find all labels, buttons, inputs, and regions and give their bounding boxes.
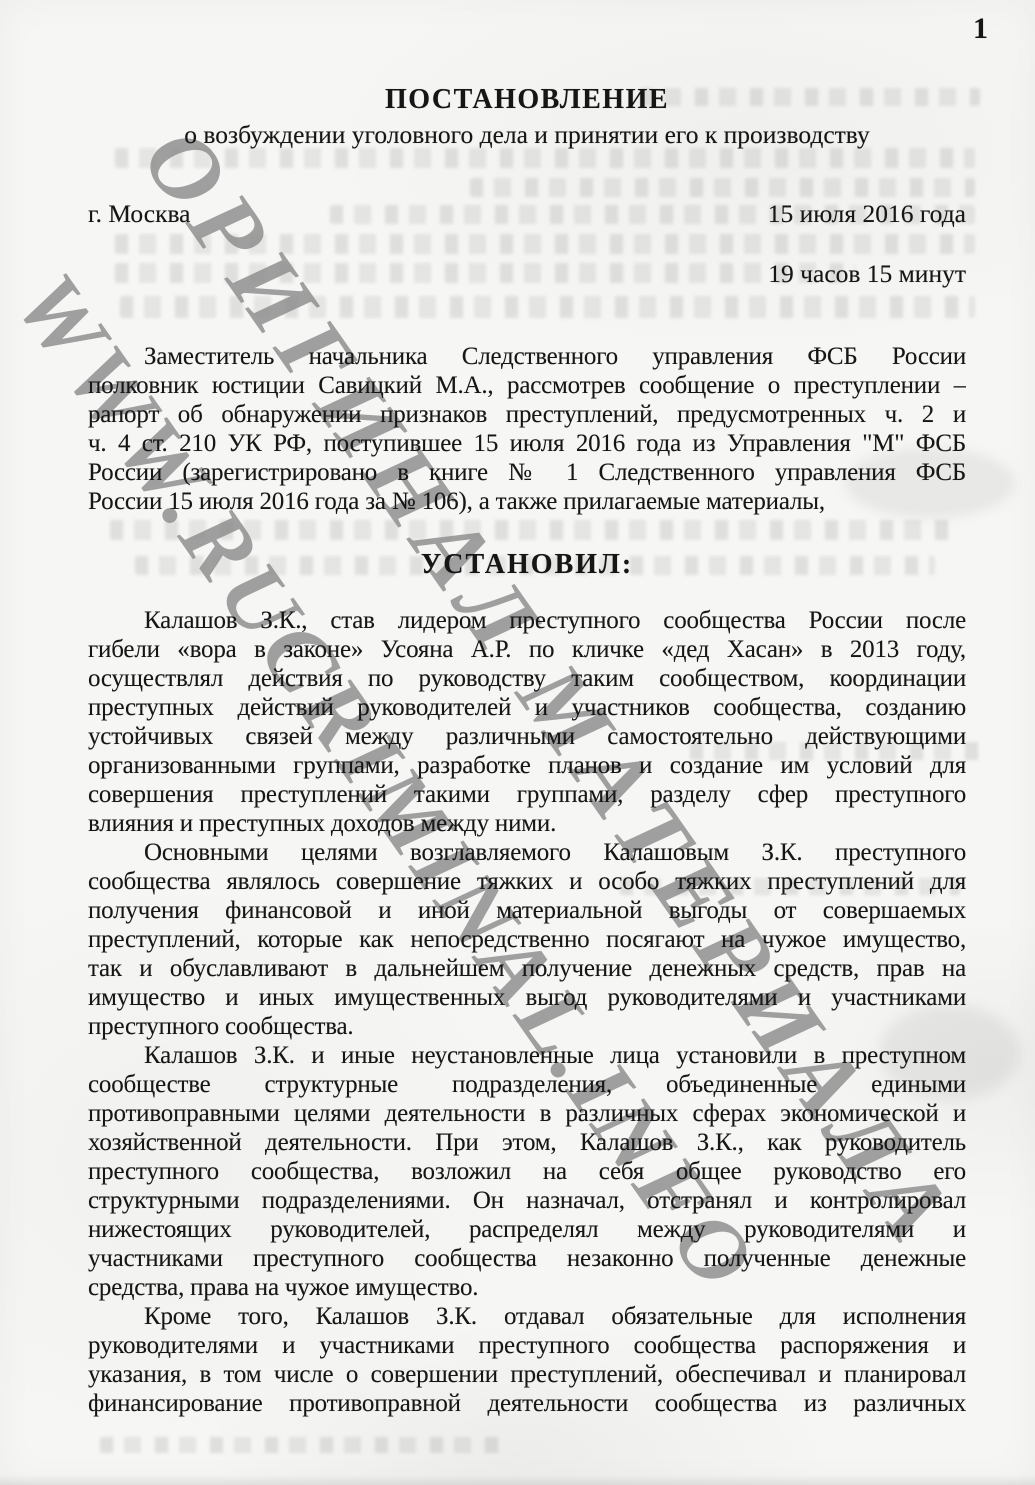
document-title: ПОСТАНОВЛЕНИЕ <box>88 84 966 116</box>
text-line: так и обуславливают в дальнейшем получен… <box>88 954 966 983</box>
text-line: сообщества являлось совершение тяжких и … <box>88 867 966 896</box>
text-line: нижестоящих руководителей, распределял м… <box>88 1215 966 1244</box>
text-line: Кроме того, Калашов З.К. отдавал обязате… <box>88 1302 966 1331</box>
text-line: средства, права на чужое имущество. <box>88 1273 966 1302</box>
text-line: указания, в том числе о совершении прест… <box>88 1360 966 1389</box>
text-line: гибели «вора в законе» Усояна А.Р. по кл… <box>88 635 966 664</box>
scan-edge-shadow <box>0 1475 1035 1485</box>
place-date-row: г. Москва 15 июля 2016 года <box>88 199 966 229</box>
document-page: ОРИГИНАЛ МАТЕРИАЛА WWW.RUCRIMINAL.INFO 1… <box>0 0 1035 1485</box>
text-line: финансирование противоправной деятельнос… <box>88 1389 966 1418</box>
text-line: противоправными целями деятельности в ра… <box>88 1099 966 1128</box>
text-line: получения финансовой и иной материальной… <box>88 896 966 925</box>
issue-date: 15 июля 2016 года <box>768 199 966 229</box>
text-line: участниками преступного сообщества незак… <box>88 1244 966 1273</box>
resolution-paragraphs: Калашов З.К., став лидером преступного с… <box>88 606 966 1418</box>
paragraph: Кроме того, Калашов З.К. отдавал обязате… <box>88 1302 966 1418</box>
text-line: устойчивых связей между различными самос… <box>88 722 966 751</box>
text-line: структурными подразделениями. Он назнача… <box>88 1186 966 1215</box>
text-line: России 15 июля 2016 года за № 106), а та… <box>88 487 966 516</box>
text-line: Калашов З.К., став лидером преступного с… <box>88 606 966 635</box>
text-line: сообществе структурные подразделения, об… <box>88 1070 966 1099</box>
text-line: преступного сообщества, возложил на себя… <box>88 1157 966 1186</box>
text-line: Калашов З.К. и иные неустановленные лица… <box>88 1041 966 1070</box>
text-line: Основными целями возглавляемого Калашовы… <box>88 838 966 867</box>
text-line: Заместитель начальника Следственного упр… <box>88 342 966 371</box>
resolution-heading: УСТАНОВИЛ: <box>88 549 966 581</box>
text-line: влияния и преступных доходов между ними. <box>88 809 966 838</box>
text-line: ч. 4 ст. 210 УК РФ, поступившее 15 июля … <box>88 429 966 458</box>
scan-bleedthrough <box>100 1437 500 1453</box>
text-line: хозяйственной деятельности. При этом, Ка… <box>88 1128 966 1157</box>
preamble-paragraph: Заместитель начальника Следственного упр… <box>88 342 966 516</box>
text-line: рапорт об обнаружении признаков преступл… <box>88 400 966 429</box>
paragraph: Калашов З.К. и иные неустановленные лица… <box>88 1041 966 1302</box>
text-line: преступлений, которые как непосредственн… <box>88 925 966 954</box>
document-subtitle: о возбуждении уголовного дела и принятии… <box>88 120 966 150</box>
text-line: преступных действий руководителей и учас… <box>88 693 966 722</box>
text-line: полковник юстиции Савицкий М.А., рассмот… <box>88 371 966 400</box>
text-line: осуществлял действия по руководству таки… <box>88 664 966 693</box>
scan-bleedthrough <box>470 178 975 197</box>
issue-place: г. Москва <box>88 199 191 229</box>
text-line: России (зарегистрировано в книге № 1 Сле… <box>88 458 966 487</box>
text-line: организованными группами, разработке пла… <box>88 751 966 780</box>
page-number: 1 <box>973 12 988 46</box>
text-line: преступного сообщества. <box>88 1012 966 1041</box>
text-line: руководителями и участниками преступного… <box>88 1331 966 1360</box>
text-line: имущество и иных имущественных выгод рук… <box>88 983 966 1012</box>
paragraph: Основными целями возглавляемого Калашовы… <box>88 838 966 1041</box>
text-line: совершения преступлений такими группами,… <box>88 780 966 809</box>
issue-time: 19 часов 15 минут <box>88 259 966 289</box>
paragraph: Калашов З.К., став лидером преступного с… <box>88 606 966 838</box>
